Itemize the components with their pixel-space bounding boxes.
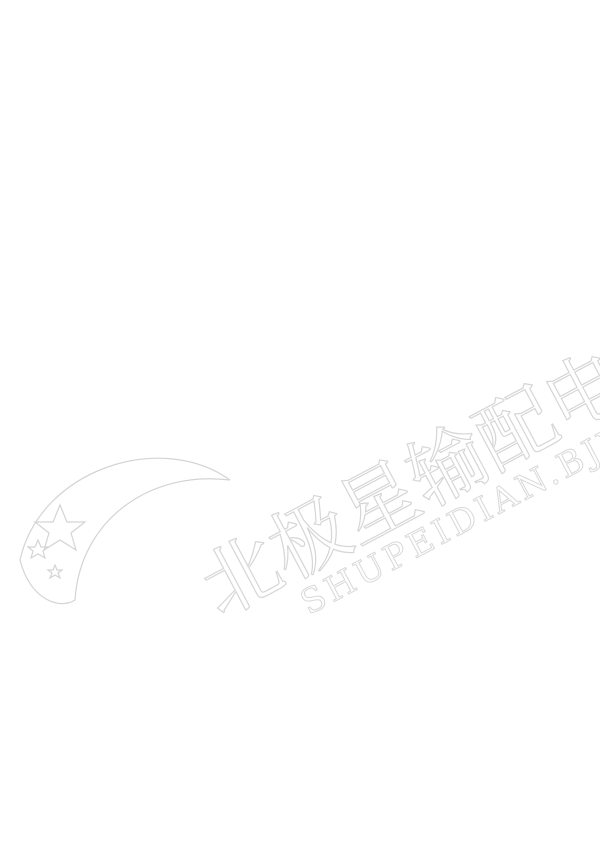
clause-5-1-24 <box>64 196 72 213</box>
item-1 <box>90 135 98 152</box>
item-2 <box>90 166 98 183</box>
watermark-text-en: SHUPEIDIAN.BJX.COM.CN <box>294 325 600 623</box>
watermark-crescent-icon <box>20 458 230 603</box>
watermark-star-icon <box>35 505 85 550</box>
clause-5-1-27 <box>64 324 72 341</box>
watermark-text-cn: 北极星输配电网 <box>186 299 600 635</box>
clause-5-1-26 <box>64 289 72 306</box>
clause-5-1-25 <box>64 238 76 255</box>
clause-5-1-23 <box>64 103 72 120</box>
watermark-logo: 北极星输配电网 SHUPEIDIAN.BJX.COM.CN <box>0 0 600 848</box>
document-page: 北极星输配电网 SHUPEIDIAN.BJX.COM.CN <box>0 0 600 848</box>
